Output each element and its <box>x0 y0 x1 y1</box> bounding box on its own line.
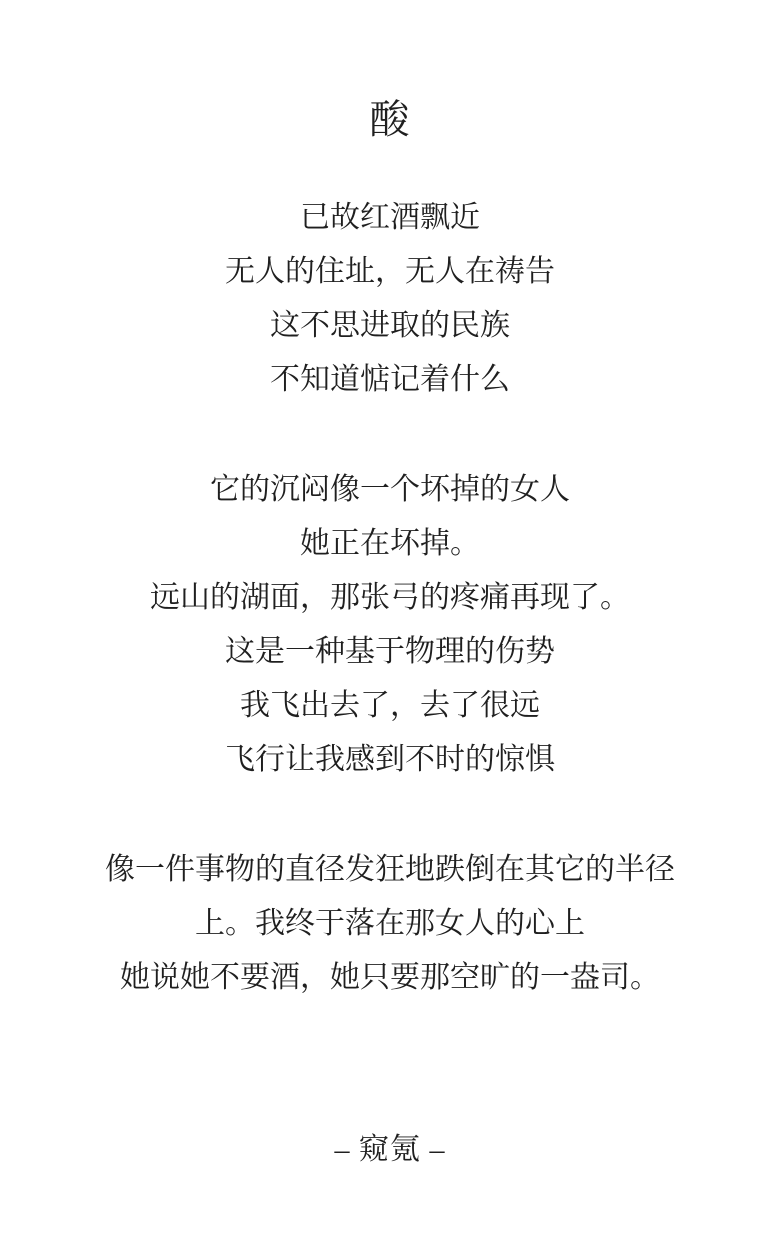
poem-line: 已故红酒飘近 <box>0 191 780 245</box>
poem-line: 飞行让我感到不时的惊惧 <box>0 733 780 787</box>
poem-line: 不知道惦记着什么 <box>0 353 780 407</box>
poem-line: 它的沉闷像一个坏掉的女人 <box>0 463 780 517</box>
poem-page: 酸 已故红酒飘近 无人的住址，无人在祷告 这不思进取的民族 不知道惦记着什么 它… <box>0 0 780 1242</box>
stanza-1: 已故红酒飘近 无人的住址，无人在祷告 这不思进取的民族 不知道惦记着什么 <box>0 191 780 407</box>
poem-line: 这不思进取的民族 <box>0 299 780 353</box>
poem-line: 我飞出去了，去了很远 <box>0 679 780 733</box>
poem-line: 她说她不要酒，她只要那空旷的一盎司。 <box>0 951 780 1005</box>
poem-line: 这是一种基于物理的伤势 <box>0 625 780 679</box>
poem-line: 远山的湖面，那张弓的疼痛再现了。 <box>0 571 780 625</box>
poem-line: 上。我终于落在那女人的心上 <box>0 897 780 951</box>
stanza-2: 它的沉闷像一个坏掉的女人 她正在坏掉。 远山的湖面，那张弓的疼痛再现了。 这是一… <box>0 463 780 787</box>
poem-line: 无人的住址，无人在祷告 <box>0 245 780 299</box>
stanza-3: 像一件事物的直径发狂地跌倒在其它的半径 上。我终于落在那女人的心上 她说她不要酒… <box>0 843 780 1005</box>
poem-line: 像一件事物的直径发狂地跌倒在其它的半径 <box>0 843 780 897</box>
poem-line: 她正在坏掉。 <box>0 517 780 571</box>
poem-title: 酸 <box>0 88 780 152</box>
author-signature: – 窥氪 – <box>0 1123 780 1177</box>
